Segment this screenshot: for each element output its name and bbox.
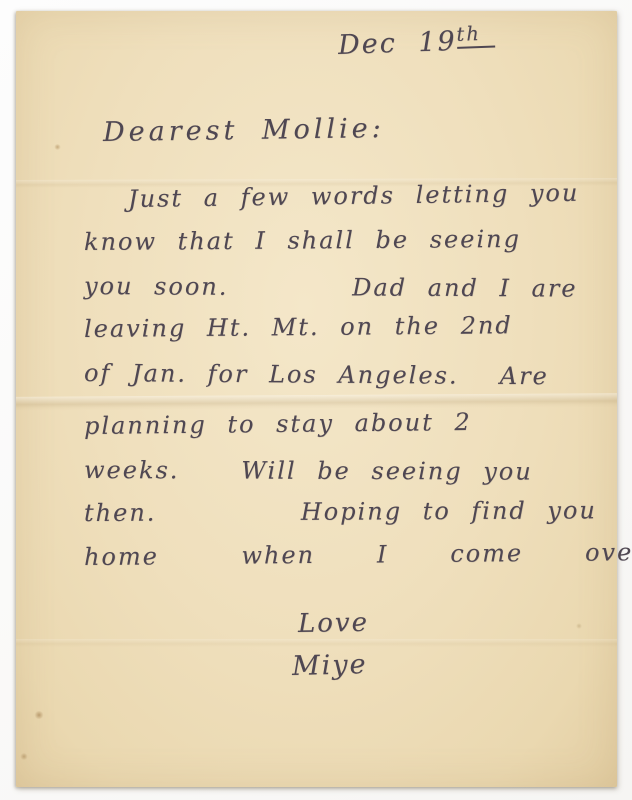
letter-salutation: Dearest Mollie: xyxy=(103,114,385,148)
age-spot xyxy=(54,144,61,150)
letter-body-line: know that I shall be seeing xyxy=(84,226,521,255)
letter-body-line: planning to stay about 2 xyxy=(84,409,472,439)
letter-paper: Dec 19th Dearest Mollie: Just a few word… xyxy=(16,11,617,787)
letter-body-line: weeks. Will be seeing you xyxy=(84,457,533,485)
letter-body-line: home when I come over xyxy=(84,539,632,570)
fold-crease-middle xyxy=(16,393,617,411)
age-spot xyxy=(34,711,44,719)
letter-body-line: you soon. Dad and I are xyxy=(84,273,578,302)
letter-body-line: of Jan. for Los Angeles. Are xyxy=(84,360,549,390)
letter-signature: Miye xyxy=(292,650,368,682)
age-spot xyxy=(576,623,582,629)
letter-body-line: then. Hoping to find you xyxy=(84,497,597,526)
scan-background: Dec 19th Dearest Mollie: Just a few word… xyxy=(0,0,632,800)
letter-date-main: Dec 19 xyxy=(337,26,457,61)
age-spot xyxy=(20,753,28,760)
letter-date-suffix: th xyxy=(456,22,495,49)
fold-crease-lower xyxy=(16,639,617,647)
letter-body-line: Just a few words letting you xyxy=(128,180,580,213)
letter-body-line: leaving Ht. Mt. on the 2nd xyxy=(84,312,513,342)
letter-closing: Love xyxy=(298,609,369,639)
letter-date: Dec 19th xyxy=(337,23,495,61)
